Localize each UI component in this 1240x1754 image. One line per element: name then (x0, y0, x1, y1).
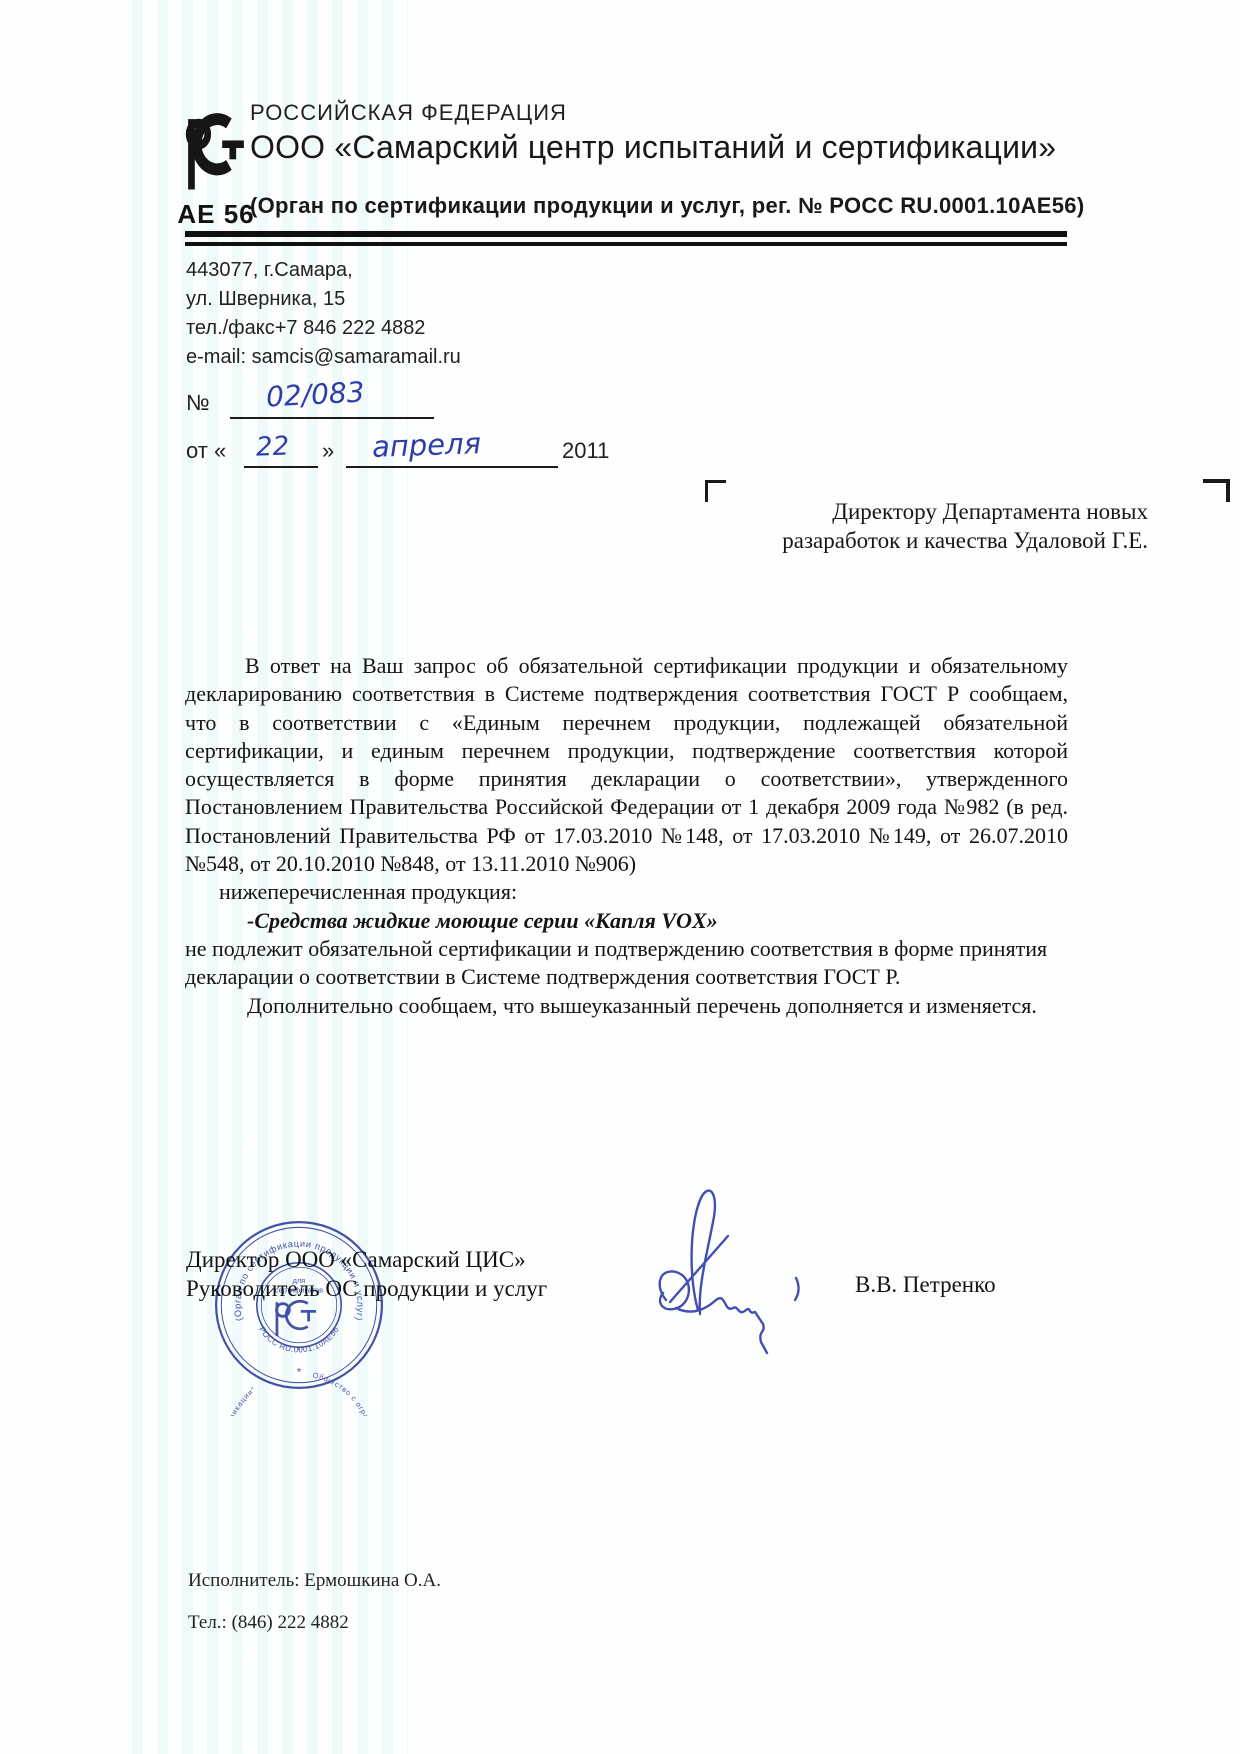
signatory-name: В.В. Петренко (855, 1272, 996, 1298)
header-country: РОССИЙСКАЯ ФЕДЕРАЦИЯ (250, 100, 567, 126)
date-month-handwritten: апреля (371, 426, 481, 464)
email-line: e-mail: samcis@samaramail.ru (186, 343, 461, 372)
ref-number-label: № (186, 390, 210, 416)
ref-number-handwritten-value: 02/083 (265, 375, 365, 413)
body-paragraph-5: Дополнительно сообщаем, что вышеуказанны… (185, 992, 1068, 1020)
date-close-quote: » (322, 438, 334, 464)
phone-fax-line: тел./факс+7 846 222 4882 (186, 314, 461, 343)
address-line-2: ул. Шверника, 15 (186, 285, 461, 314)
recipient-line-1: Директору Департамента новых (700, 497, 1148, 526)
date-year: 2011 (562, 438, 609, 464)
recipient-block: Директору Департамента новых разаработок… (700, 497, 1148, 555)
header-organization-subtitle: (Орган по сертификации продукции и услуг… (250, 193, 1084, 219)
letterhead-rule-top (185, 231, 1067, 237)
stamp-star-outer: * (297, 1366, 302, 1378)
address-line-1: 443077, г.Самара, (186, 256, 461, 285)
rst-certification-mark-icon (185, 104, 247, 192)
date-prefix: от « (186, 438, 226, 464)
date-day-underline (244, 466, 318, 468)
stamp-star-inner: * (297, 1345, 301, 1355)
round-stamp: Общество с ограниченной ответственностью… (188, 1194, 410, 1416)
body-paragraph-4: не подлежит обязательной сертификации и … (185, 935, 1068, 992)
handwritten-signature (636, 1180, 826, 1360)
stamp-rst-mark-icon (276, 1301, 315, 1336)
accreditation-code: АЕ 56 (176, 199, 256, 230)
address-corner-mark-right (1203, 479, 1230, 502)
letter-body: В ответ на Ваш запрос об обязательной се… (185, 652, 1068, 1020)
body-paragraph-3-product: -Средства жидкие моющие серии «Капля VOX… (185, 907, 1068, 935)
rst-logo-block: АЕ 56 (176, 104, 256, 230)
letterhead-rule-bottom (185, 242, 1067, 246)
scanned-letter-page: АЕ 56 РОССИЙСКАЯ ФЕДЕРАЦИЯ ООО «Самарски… (0, 0, 1240, 1754)
recipient-line-2: разаработок и качества Удаловой Г.Е. (700, 526, 1148, 555)
body-paragraph-2: нижеперечисленная продукция: (185, 878, 1068, 906)
ref-number-underline (230, 417, 434, 419)
date-day-handwritten: 22 (255, 431, 289, 462)
footer-executor: Исполнитель: Ермошкина О.А. (188, 1570, 441, 1592)
address-block: 443077, г.Самара, ул. Шверника, 15 тел./… (186, 256, 461, 372)
header-organization: ООО «Самарский центр испытаний и сертифи… (250, 129, 1056, 166)
footer-phone: Тел.: (846) 222 4882 (188, 1612, 349, 1634)
body-paragraph-1: В ответ на Ваш запрос об обязательной се… (185, 652, 1068, 878)
stamp-center-line-1: для (293, 1276, 306, 1285)
stamp-center-line-2: сертификатов (275, 1285, 323, 1294)
stamp-texts: Общество с ограниченной ответственностью… (221, 1239, 377, 1416)
date-month-underline (346, 466, 558, 468)
